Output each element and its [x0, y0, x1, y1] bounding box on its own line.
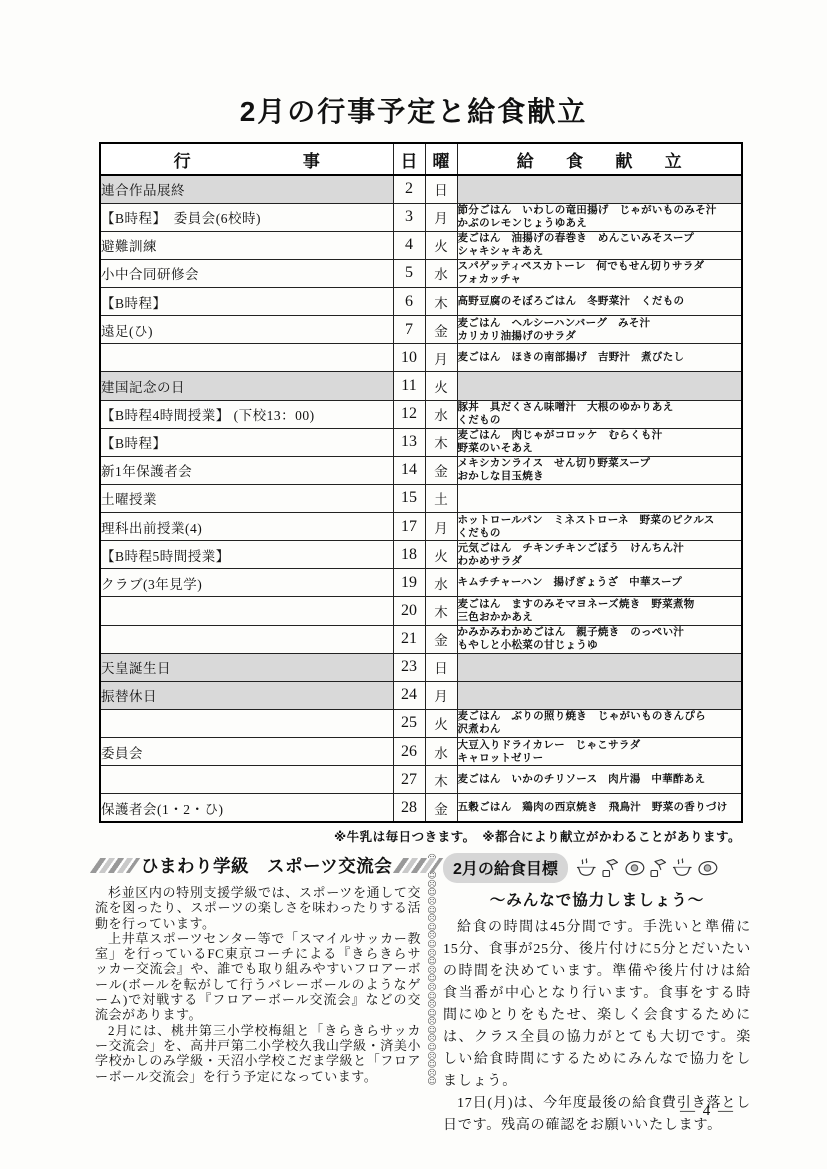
- menu-cell: 麦ごはん ぶりの照り焼き じゃがいものきんぴら沢煮わん: [457, 709, 742, 737]
- menu-line: おかしな目玉焼き: [458, 470, 742, 483]
- event-cell: 【B時程】 委員会(6校時): [100, 203, 393, 231]
- menu-cell: 麦ごはん いかのチリソース 肉片湯 中華酢あえ: [457, 766, 742, 794]
- sports-paragraph: 2月には、桃井第三小学校梅組と「きらきらサッカー交流会」を、高井戸第二小学校久我…: [95, 1023, 421, 1084]
- steaming-bowl-icon: [671, 858, 693, 878]
- table-row: クラブ(3年見学)19水キムチチャーハン 揚げぎょうざ 中華スープ: [100, 569, 742, 597]
- milk-carton-icon: [648, 858, 668, 878]
- menu-line: カリカリ油揚げのサラダ: [458, 330, 742, 343]
- sports-section-title: ひまわり学級 スポーツ交流会: [141, 853, 392, 878]
- weekday-cell: 水: [425, 259, 457, 287]
- smiley-divider: ☺☹☺☹☺☹☺☹☺☹☺☹☺☹☺☹☺☹☺☹☺☹☺☹☺☹☺: [421, 853, 443, 1137]
- weekday-cell: 日: [425, 175, 457, 203]
- smiley-icon: ☺: [427, 1078, 436, 1087]
- day-cell: 7: [393, 316, 425, 344]
- weekday-cell: 日: [425, 653, 457, 681]
- table-row: 理科出前授業(4)17月ホットロールパン ミネストローネ 野菜のピクルスくだもの: [100, 513, 742, 541]
- menu-cell: 高野豆腐のそぼろごはん 冬野菜汁 くだもの: [457, 288, 742, 316]
- lunch-goal-paragraph: 給食の時間は45分間です。手洗いと準備に15分、食事が25分、後片付けに5分とだ…: [443, 917, 751, 1093]
- schedule-table: 行 事 日 曜 給 食 献 立 連合作品展終2日【B時程】 委員会(6校時)3月…: [99, 142, 743, 823]
- menu-line: 沢煮わん: [458, 723, 742, 736]
- sports-section-body: 杉並区内の特別支援学級では、スポーツを通して交流を図ったり、スポーツの楽しさを味…: [95, 885, 421, 1084]
- day-cell: 28: [393, 794, 425, 822]
- table-row: 避難訓練4火麦ごはん 油揚げの春巻き めんこいみそスープシャキシャキあえ: [100, 231, 742, 259]
- day-cell: 10: [393, 344, 425, 372]
- menu-line: くだもの: [458, 527, 742, 540]
- menu-cell: 大豆入りドライカレー じゃこサラダキャロットゼリー: [457, 738, 742, 766]
- col-header-day: 日: [393, 143, 425, 175]
- menu-line: 大豆入りドライカレー じゃこサラダ: [458, 739, 742, 752]
- day-cell: 2: [393, 175, 425, 203]
- menu-line: フォカッチャ: [458, 273, 742, 286]
- menu-cell: [457, 484, 742, 512]
- table-row: 【B時程5時間授業】18火元気ごはん チキンチキンごぼう けんちん汁わかめサラダ: [100, 541, 742, 569]
- menu-line: 野菜のいそあえ: [458, 442, 742, 455]
- event-cell: 土曜授業: [100, 484, 393, 512]
- day-cell: 24: [393, 681, 425, 709]
- menu-line: 麦ごはん ますのみそマヨネーズ焼き 野菜煮物: [458, 598, 742, 611]
- weekday-cell: 火: [425, 231, 457, 259]
- menu-line: わかめサラダ: [458, 555, 742, 568]
- day-cell: 20: [393, 597, 425, 625]
- lunch-goal-subtitle: ～みんなで協力しましょう～: [443, 888, 751, 910]
- menu-cell: [457, 681, 742, 709]
- lunch-goal-title: 2月の給食目標: [443, 853, 568, 883]
- menu-line: 三色おかかあえ: [458, 611, 742, 624]
- menu-line: キャロットゼリー: [458, 752, 742, 765]
- menu-line: かみかみわかめごはん 親子焼き のっぺい汁: [458, 626, 742, 639]
- sports-section-title-row: ひまわり学級 スポーツ交流会: [95, 853, 421, 878]
- day-cell: 26: [393, 738, 425, 766]
- menu-cell: スパゲッティペスカトーレ 何でもせん切りサラダフォカッチャ: [457, 259, 742, 287]
- day-cell: 27: [393, 766, 425, 794]
- sports-section: ひまわり学級 スポーツ交流会 杉並区内の特別支援学級では、スポーツを通して交流を…: [95, 853, 421, 1137]
- day-cell: 17: [393, 513, 425, 541]
- table-row: 【B時程】 委員会(6校時)3月節分ごはん いわしの竜田揚げ じゃがいものみそ汁…: [100, 203, 742, 231]
- menu-line: もやしと小松菜の甘じょうゆ: [458, 639, 742, 652]
- menu-cell: 麦ごはん ますのみそマヨネーズ焼き 野菜煮物三色おかかあえ: [457, 597, 742, 625]
- event-cell: 遠足(ひ): [100, 316, 393, 344]
- event-cell: [100, 344, 393, 372]
- menu-line: ホットロールパン ミネストローネ 野菜のピクルス: [458, 514, 742, 527]
- milk-carton-icon: [600, 858, 620, 878]
- event-cell: [100, 597, 393, 625]
- weekday-cell: 月: [425, 681, 457, 709]
- weekday-cell: 木: [425, 766, 457, 794]
- newsletter-page: 2月の行事予定と給食献立 行 事 日 曜 給 食 献 立 連合作品展終2日【B時…: [0, 0, 827, 1169]
- menu-cell: 麦ごはん ほきの南部揚げ 吉野汁 煮びたし: [457, 344, 742, 372]
- event-cell: [100, 766, 393, 794]
- weekday-cell: 水: [425, 400, 457, 428]
- menu-line: 麦ごはん 油揚げの春巻き めんこいみそスープ: [458, 232, 742, 245]
- event-cell: [100, 709, 393, 737]
- menu-line: 麦ごはん 肉じゃがコロッケ むらくも汁: [458, 429, 742, 442]
- day-cell: 18: [393, 541, 425, 569]
- table-row: 21金かみかみわかめごはん 親子焼き のっぺい汁もやしと小松菜の甘じょうゆ: [100, 625, 742, 653]
- menu-line: 麦ごはん ヘルシーハンバーグ みそ汁: [458, 317, 742, 330]
- table-row: 遠足(ひ)7金麦ごはん ヘルシーハンバーグ みそ汁カリカリ油揚げのサラダ: [100, 316, 742, 344]
- event-cell: 避難訓練: [100, 231, 393, 259]
- table-row: 【B時程】13木麦ごはん 肉じゃがコロッケ むらくも汁野菜のいそあえ: [100, 428, 742, 456]
- table-row: 20木麦ごはん ますのみそマヨネーズ焼き 野菜煮物三色おかかあえ: [100, 597, 742, 625]
- table-row: 25火麦ごはん ぶりの照り焼き じゃがいものきんぴら沢煮わん: [100, 709, 742, 737]
- menu-cell: 麦ごはん 油揚げの春巻き めんこいみそスープシャキシャキあえ: [457, 231, 742, 259]
- menu-line: くだもの: [458, 414, 742, 427]
- menu-line: キムチチャーハン 揚げぎょうざ 中華スープ: [458, 576, 742, 589]
- weekday-cell: 木: [425, 288, 457, 316]
- table-row: 【B時程4時間授業】 (下校13：00)12水豚丼 具だくさん味噌汁 大根のゆか…: [100, 400, 742, 428]
- lunch-goal-title-row: 2月の給食目標: [443, 853, 751, 883]
- menu-line: 麦ごはん いかのチリソース 肉片湯 中華酢あえ: [458, 773, 742, 786]
- event-cell: 建国記念の日: [100, 372, 393, 400]
- table-row: 建国記念の日11火: [100, 372, 742, 400]
- menu-cell: 節分ごはん いわしの竜田揚げ じゃがいものみそ汁かぶのレモンじょうゆあえ: [457, 203, 742, 231]
- weekday-cell: 火: [425, 709, 457, 737]
- weekday-cell: 火: [425, 541, 457, 569]
- menu-cell: 豚丼 具だくさん味噌汁 大根のゆかりあえくだもの: [457, 400, 742, 428]
- event-cell: 新1年保護者会: [100, 456, 393, 484]
- menu-cell: キムチチャーハン 揚げぎょうざ 中華スープ: [457, 569, 742, 597]
- lunch-goal-section: 2月の給食目標 ～みんなで協力しましょう～ 給食の時間は45分間です。手洗いと準…: [443, 853, 751, 1137]
- table-row: 振替休日24月: [100, 681, 742, 709]
- fried-egg-icon: [696, 859, 718, 877]
- day-cell: 5: [393, 259, 425, 287]
- menu-cell: メキシカンライス せん切り野菜スープおかしな目玉焼き: [457, 456, 742, 484]
- page-number: — 4 —: [680, 1103, 735, 1120]
- table-header-row: 行 事 日 曜 給 食 献 立: [100, 143, 742, 175]
- weekday-cell: 月: [425, 513, 457, 541]
- menu-line: スパゲッティペスカトーレ 何でもせん切りサラダ: [458, 260, 742, 273]
- menu-line: 麦ごはん ぶりの照り焼き じゃがいものきんぴら: [458, 710, 742, 723]
- day-cell: 11: [393, 372, 425, 400]
- weekday-cell: 金: [425, 456, 457, 484]
- fried-egg-icon: [623, 859, 645, 877]
- day-cell: 4: [393, 231, 425, 259]
- col-header-menu: 給 食 献 立: [457, 143, 742, 175]
- weekday-cell: 木: [425, 597, 457, 625]
- event-cell: 小中合同研修会: [100, 259, 393, 287]
- table-row: 委員会26水大豆入りドライカレー じゃこサラダキャロットゼリー: [100, 738, 742, 766]
- table-row: 27木麦ごはん いかのチリソース 肉片湯 中華酢あえ: [100, 766, 742, 794]
- col-header-weekday: 曜: [425, 143, 457, 175]
- food-icon-row: [575, 858, 718, 878]
- event-cell: 理科出前授業(4): [100, 513, 393, 541]
- day-cell: 21: [393, 625, 425, 653]
- event-cell: 【B時程】: [100, 428, 393, 456]
- table-row: 保護者会(1・2・ひ)28金五穀ごはん 鶏肉の西京焼き 飛鳥汁 野菜の香りづけ: [100, 794, 742, 822]
- menu-line: 高野豆腐のそぼろごはん 冬野菜汁 くだもの: [458, 295, 742, 308]
- menu-line: 元気ごはん チキンチキンごぼう けんちん汁: [458, 542, 742, 555]
- menu-line: 豚丼 具だくさん味噌汁 大根のゆかりあえ: [458, 401, 742, 414]
- day-cell: 13: [393, 428, 425, 456]
- col-header-event: 行 事: [100, 143, 393, 175]
- weekday-cell: 金: [425, 794, 457, 822]
- menu-cell: 麦ごはん ヘルシーハンバーグ みそ汁カリカリ油揚げのサラダ: [457, 316, 742, 344]
- table-row: 【B時程】6木高野豆腐のそぼろごはん 冬野菜汁 くだもの: [100, 288, 742, 316]
- weekday-cell: 木: [425, 428, 457, 456]
- sports-paragraph: 杉並区内の特別支援学級では、スポーツを通して交流を図ったり、スポーツの楽しさを味…: [95, 885, 421, 931]
- table-row: 10月麦ごはん ほきの南部揚げ 吉野汁 煮びたし: [100, 344, 742, 372]
- menu-cell: 麦ごはん 肉じゃがコロッケ むらくも汁野菜のいそあえ: [457, 428, 742, 456]
- weekday-cell: 水: [425, 569, 457, 597]
- event-cell: クラブ(3年見学): [100, 569, 393, 597]
- menu-line: 五穀ごはん 鶏肉の西京焼き 飛鳥汁 野菜の香りづけ: [458, 801, 742, 814]
- table-row: 天皇誕生日23日: [100, 653, 742, 681]
- weekday-cell: 月: [425, 344, 457, 372]
- day-cell: 23: [393, 653, 425, 681]
- weekday-cell: 月: [425, 203, 457, 231]
- sports-paragraph: 上井草スポーツセンター等で「スマイルサッカー教室」を行っているFC東京コーチによ…: [95, 931, 421, 1023]
- menu-cell: [457, 372, 742, 400]
- table-row: 小中合同研修会5水スパゲッティペスカトーレ 何でもせん切りサラダフォカッチャ: [100, 259, 742, 287]
- weekday-cell: 金: [425, 316, 457, 344]
- steaming-bowl-icon: [575, 858, 597, 878]
- day-cell: 6: [393, 288, 425, 316]
- weekday-cell: 火: [425, 372, 457, 400]
- bottom-sections: ひまわり学級 スポーツ交流会 杉並区内の特別支援学級では、スポーツを通して交流を…: [95, 853, 751, 1137]
- day-cell: 3: [393, 203, 425, 231]
- table-row: 連合作品展終2日: [100, 175, 742, 203]
- event-cell: 保護者会(1・2・ひ): [100, 794, 393, 822]
- event-cell: 【B時程5時間授業】: [100, 541, 393, 569]
- table-row: 新1年保護者会14金メキシカンライス せん切り野菜スープおかしな目玉焼き: [100, 456, 742, 484]
- event-cell: 委員会: [100, 738, 393, 766]
- menu-cell: かみかみわかめごはん 親子焼き のっぺい汁もやしと小松菜の甘じょうゆ: [457, 625, 742, 653]
- page-title: 2月の行事予定と給食献立: [0, 90, 827, 130]
- weekday-cell: 金: [425, 625, 457, 653]
- menu-cell: ホットロールパン ミネストローネ 野菜のピクルスくだもの: [457, 513, 742, 541]
- menu-cell: [457, 653, 742, 681]
- event-cell: 連合作品展終: [100, 175, 393, 203]
- weekday-cell: 水: [425, 738, 457, 766]
- event-cell: 天皇誕生日: [100, 653, 393, 681]
- menu-line: かぶのレモンじょうゆあえ: [458, 217, 742, 230]
- event-cell: 振替休日: [100, 681, 393, 709]
- menu-cell: 元気ごはん チキンチキンごぼう けんちん汁わかめサラダ: [457, 541, 742, 569]
- menu-cell: [457, 175, 742, 203]
- menu-line: メキシカンライス せん切り野菜スープ: [458, 457, 742, 470]
- menu-line: 節分ごはん いわしの竜田揚げ じゃがいものみそ汁: [458, 204, 742, 217]
- menu-line: シャキシャキあえ: [458, 245, 742, 258]
- day-cell: 25: [393, 709, 425, 737]
- day-cell: 15: [393, 484, 425, 512]
- event-cell: 【B時程】: [100, 288, 393, 316]
- event-cell: 【B時程4時間授業】 (下校13：00): [100, 400, 393, 428]
- day-cell: 19: [393, 569, 425, 597]
- menu-cell: 五穀ごはん 鶏肉の西京焼き 飛鳥汁 野菜の香りづけ: [457, 794, 742, 822]
- weekday-cell: 土: [425, 484, 457, 512]
- menu-line: 麦ごはん ほきの南部揚げ 吉野汁 煮びたし: [458, 351, 742, 364]
- table-row: 土曜授業15土: [100, 484, 742, 512]
- milk-footnote: ※牛乳は毎日つきます。 ※都合により献立がかわることがあります。: [100, 827, 741, 845]
- event-cell: [100, 625, 393, 653]
- day-cell: 12: [393, 400, 425, 428]
- day-cell: 14: [393, 456, 425, 484]
- diagonal-stripe-decoration-left: [90, 858, 141, 873]
